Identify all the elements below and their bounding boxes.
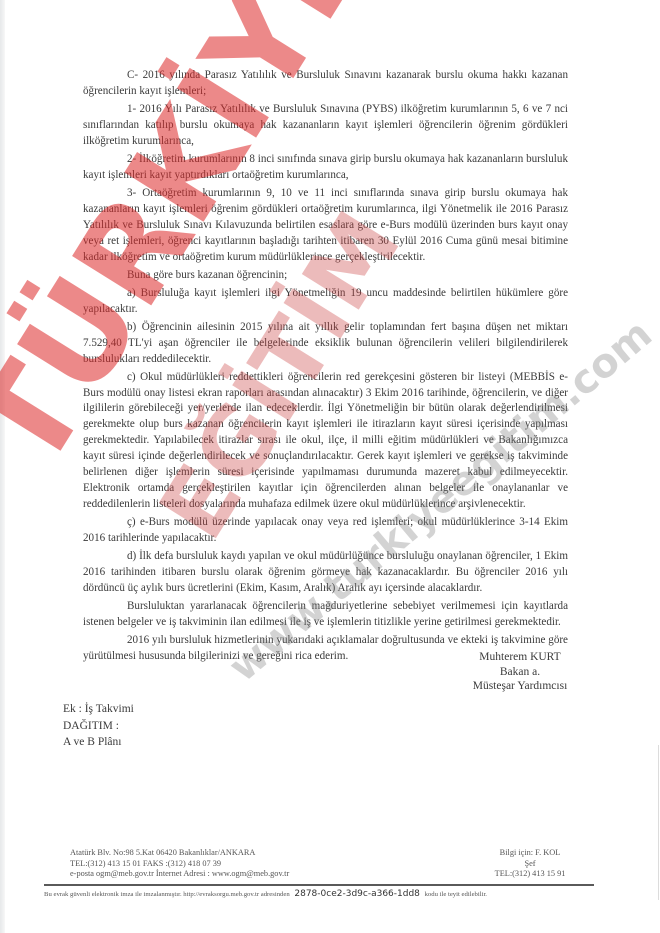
verification-suffix: kodu ile teyit edilebilir. bbox=[425, 891, 487, 898]
scan-edge-right bbox=[658, 745, 659, 900]
letter-paragraph: C- 2016 yılında Parasız Yatılılık ve Bur… bbox=[83, 68, 568, 100]
address-line: Atatürk Blv. No:98 5.Kat 06420 Bakanlıkl… bbox=[70, 848, 289, 859]
letter-paragraph: a) Bursluluğa kayıt işlemleri ilgi Yönet… bbox=[83, 286, 568, 318]
contact-person: Bilgi için: F. KOL bbox=[430, 848, 630, 859]
distribution-value: A ve B Plânı bbox=[63, 734, 134, 751]
signatory-on-behalf: Bakan a. bbox=[440, 665, 600, 680]
letter-paragraph: Buna göre burs kazanan öğrencinin; bbox=[83, 268, 568, 284]
phone-fax-line: TEL:(312) 413 15 01 FAKS :(312) 418 07 3… bbox=[70, 859, 289, 870]
signatory-title: Müsteşar Yardımcısı bbox=[440, 679, 600, 694]
letter-paragraph: ç) e-Burs modülü üzerinde yapılacak onay… bbox=[83, 515, 568, 547]
letter-paragraph: c) Okul müdürlükleri reddettikleri öğren… bbox=[83, 370, 568, 513]
contact-role: Şef bbox=[430, 859, 630, 870]
distribution-label: DAĞITIM : bbox=[63, 718, 134, 735]
letter-paragraph: Bursluluktan yararlanacak öğrencilerin m… bbox=[83, 599, 568, 631]
footer-divider bbox=[44, 884, 594, 886]
attachment-line: Ek : İş Takvimi bbox=[63, 701, 134, 718]
letter-paragraph: 1- 2016 Yılı Parasız Yatılılık ve Burslu… bbox=[83, 102, 568, 150]
letter-paragraph: 2- İlköğretim kurumlarının 8 inci sınıfı… bbox=[83, 152, 568, 184]
verification-prefix: Bu evrak güvenli elektronik imza ile imz… bbox=[44, 891, 290, 898]
footer-address: Atatürk Blv. No:98 5.Kat 06420 Bakanlıkl… bbox=[70, 848, 289, 880]
attachments-block: Ek : İş Takvimi DAĞITIM : A ve B Plânı bbox=[63, 701, 134, 751]
letter-paragraph: b) Öğrencinin ailesinin 2015 yılına ait … bbox=[83, 320, 568, 368]
contact-phone: TEL:(312) 413 15 91 bbox=[430, 869, 630, 880]
letter-body: C- 2016 yılında Parasız Yatılılık ve Bur… bbox=[83, 68, 568, 667]
verification-note: Bu evrak güvenli elektronik imza ile imz… bbox=[44, 889, 604, 899]
scan-edge-left bbox=[0, 0, 5, 933]
verification-code: 2878-0ce2-3d9c-a366-1dd8 bbox=[294, 889, 420, 899]
signatory-name: Muhterem KURT bbox=[440, 650, 600, 665]
signature-block: Muhterem KURT Bakan a. Müsteşar Yardımcı… bbox=[440, 650, 600, 694]
letter-paragraph: 3- Ortaöğretim kurumlarının 9, 10 ve 11 … bbox=[83, 186, 568, 266]
letter-paragraph: d) İlk defa bursluluk kaydı yapılan ve o… bbox=[83, 549, 568, 597]
email-web-line: e-posta ogm@meb.gov.tr İnternet Adresi :… bbox=[70, 869, 289, 880]
footer-contact: Bilgi için: F. KOL Şef TEL:(312) 413 15 … bbox=[430, 848, 630, 880]
